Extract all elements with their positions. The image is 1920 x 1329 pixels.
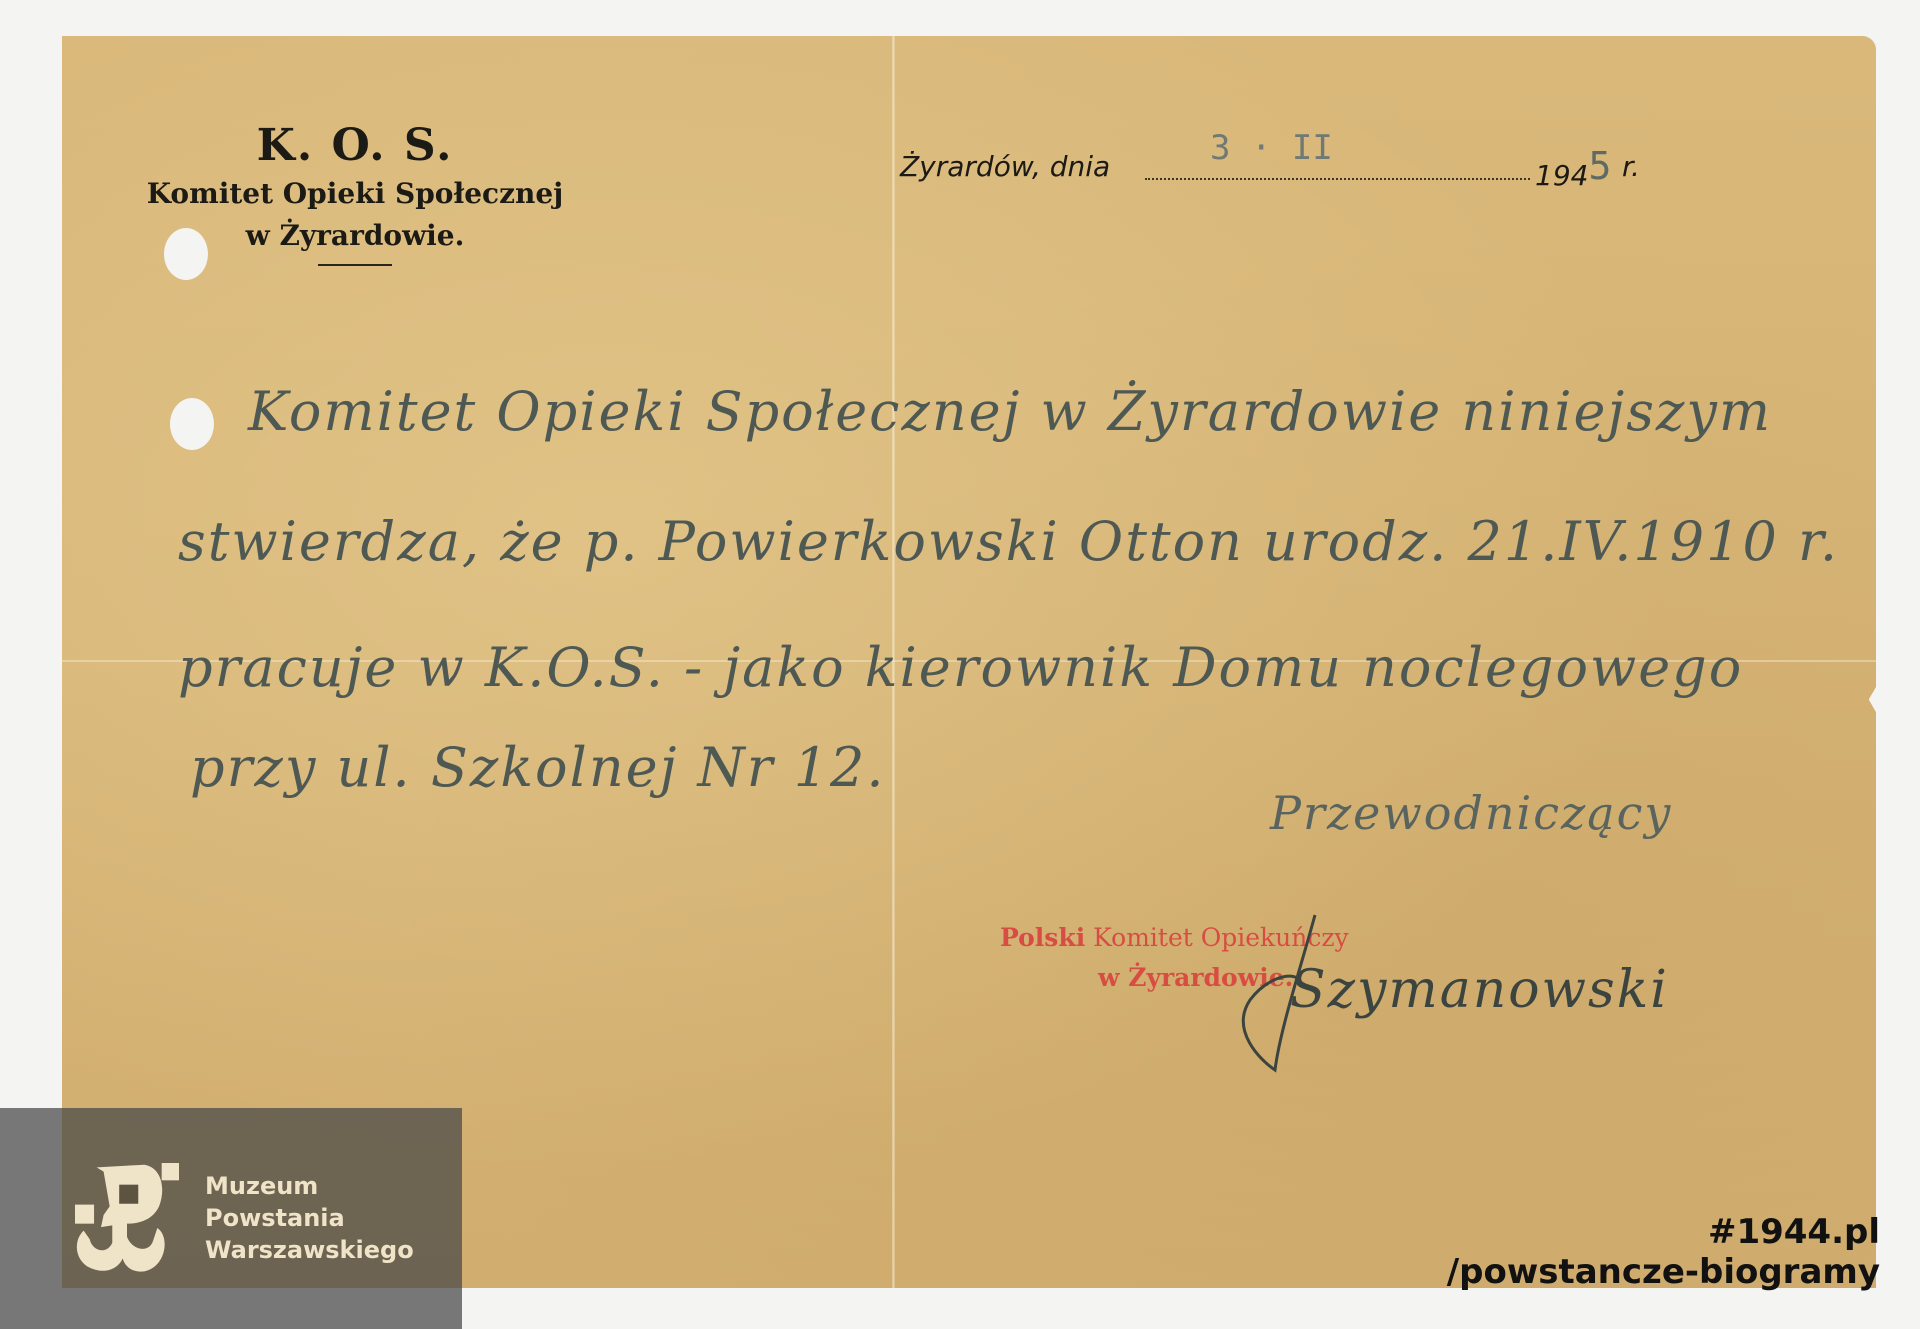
punch-hole-bottom	[170, 398, 214, 450]
letterhead-place: w Żyrardowie.	[75, 214, 635, 258]
museum-name-line-2: Powstania	[205, 1202, 414, 1234]
stamp-word-bold: Polski	[1000, 923, 1085, 952]
date-day-month: 3 · II	[1210, 128, 1333, 168]
date-year-digit: 5	[1588, 144, 1611, 188]
museum-name-line-3: Warszawskiego	[205, 1234, 414, 1266]
letterhead-organization-name: Komitet Opieki Społecznej	[75, 174, 635, 214]
date-place-label: Żyrardów, dnia	[900, 150, 1110, 183]
body-line-2: stwierdza, że p. Powierkowski Otton urod…	[178, 510, 1839, 573]
date-year-prefix: 194	[1535, 159, 1588, 192]
source-site-label: #1944.pl /powstancze-biogramy	[1447, 1212, 1880, 1292]
museum-name-line-1: Muzeum	[205, 1170, 414, 1202]
date-dotted-line	[1145, 178, 1530, 180]
site-path: /powstancze-biogramy	[1447, 1252, 1880, 1292]
museum-name: Muzeum Powstania Warszawskiego	[205, 1170, 414, 1266]
letterhead-divider	[318, 264, 392, 266]
body-line-3: pracuje w K.O.S. - jako kierownik Domu n…	[178, 636, 1743, 699]
body-line-1: Komitet Opieki Społecznej w Żyrardowie n…	[248, 380, 1772, 443]
site-hashtag: #1944.pl	[1447, 1212, 1880, 1252]
date-suffix: r.	[1622, 150, 1640, 183]
letterhead: K. O. S. Komitet Opieki Społecznej w Żyr…	[75, 118, 635, 266]
signature: Szymanowski	[1290, 960, 1669, 1020]
letterhead-abbreviation: K. O. S.	[75, 118, 635, 174]
kotwica-anchor-logo-icon	[62, 1150, 192, 1280]
body-line-4: przy ul. Szkolnej Nr 12.	[190, 736, 886, 799]
signatory-title: Przewodniczący	[1270, 786, 1672, 840]
date-line: Żyrardów, dnia 3 · II 1945 r.	[900, 150, 1700, 190]
date-year: 1945	[1535, 150, 1611, 194]
